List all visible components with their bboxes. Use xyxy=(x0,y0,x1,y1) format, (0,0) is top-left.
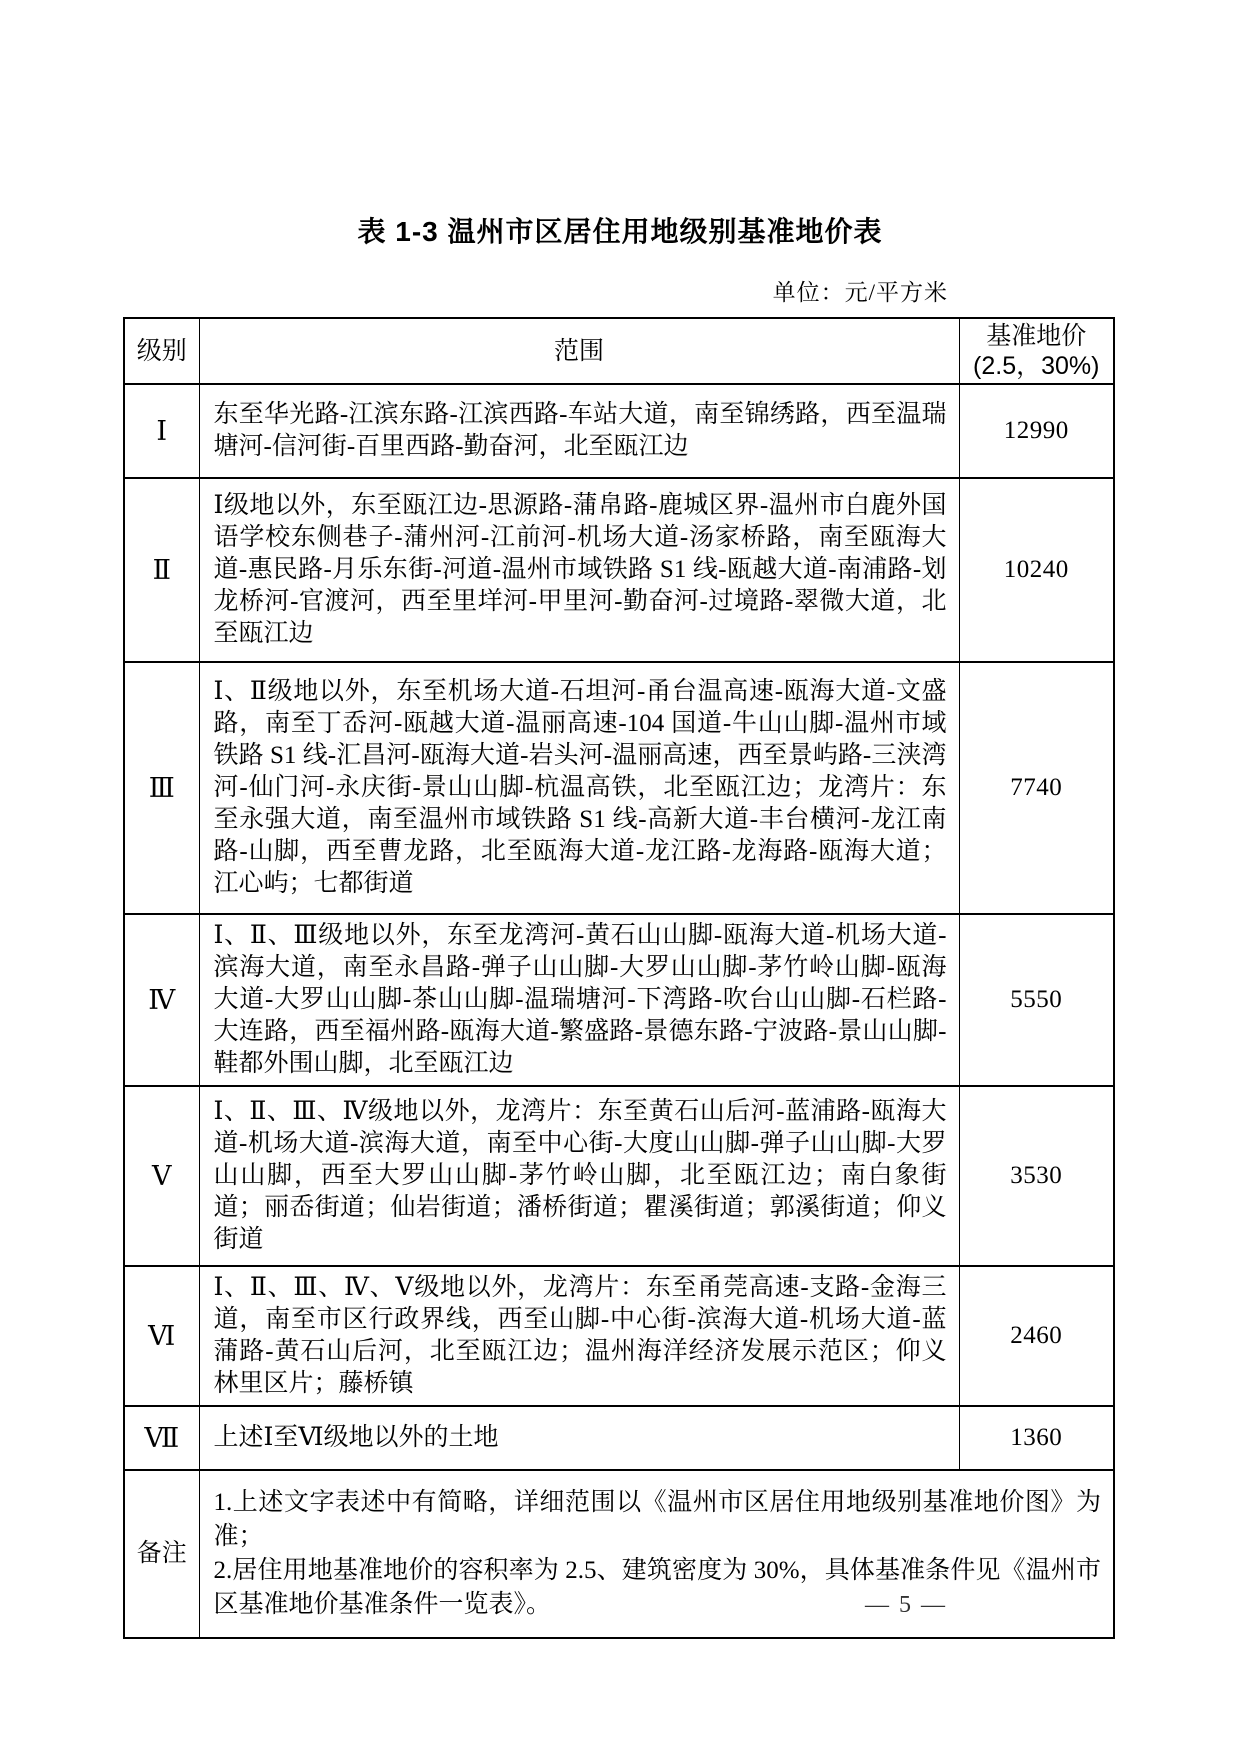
document-page: 表 1-3 温州市区居住用地级别基准地价表 单位：元/平方米 级别 范围 基准地… xyxy=(0,0,1240,1753)
table-row: Ⅶ 上述Ⅰ至Ⅵ级地以外的土地 1360 xyxy=(124,1406,1114,1470)
remarks-text: 1.上述文字表述中有简略，详细范围以《温州市区居住用地级别基准地价图》为准； 2… xyxy=(199,1470,1114,1638)
table-row: Ⅵ Ⅰ、Ⅱ、Ⅲ、Ⅳ、Ⅴ级地以外，龙湾片：东至甬莞高速-支路-金海三道，南至市区行… xyxy=(124,1266,1114,1406)
range-cell: Ⅰ、Ⅱ、Ⅲ、Ⅳ、Ⅴ级地以外，龙湾片：东至甬莞高速-支路-金海三道，南至市区行政界… xyxy=(199,1266,959,1406)
grade-cell: Ⅴ xyxy=(124,1086,199,1266)
grade-cell: Ⅲ xyxy=(124,662,199,914)
range-cell: 上述Ⅰ至Ⅵ级地以外的土地 xyxy=(199,1406,959,1470)
price-cell: 12990 xyxy=(959,384,1114,478)
price-cell: 3530 xyxy=(959,1086,1114,1266)
range-cell: Ⅰ级地以外，东至瓯江边-思源路-蒲帛路-鹿城区界-温州市白鹿外国语学校东侧巷子-… xyxy=(199,478,959,662)
remarks-row: 备注 1.上述文字表述中有简略，详细范围以《温州市区居住用地级别基准地价图》为准… xyxy=(124,1470,1114,1638)
table-header-row: 级别 范围 基准地价 (2.5，30%) xyxy=(124,318,1114,384)
range-cell: 东至华光路-江滨东路-江滨西路-车站大道，南至锦绣路，西至温瑞塘河-信河街-百里… xyxy=(199,384,959,478)
price-cell: 5550 xyxy=(959,914,1114,1086)
price-cell: 10240 xyxy=(959,478,1114,662)
table-row: Ⅱ Ⅰ级地以外，东至瓯江边-思源路-蒲帛路-鹿城区界-温州市白鹿外国语学校东侧巷… xyxy=(124,478,1114,662)
remarks-label: 备注 xyxy=(124,1470,199,1638)
price-cell: 2460 xyxy=(959,1266,1114,1406)
header-range: 范围 xyxy=(199,318,959,384)
table-row: Ⅴ Ⅰ、Ⅱ、Ⅲ、Ⅳ级地以外，龙湾片：东至黄石山后河-蓝浦路-瓯海大道-机场大道-… xyxy=(124,1086,1114,1266)
range-cell: Ⅰ、Ⅱ级地以外，东至机场大道-石坦河-甬台温高速-瓯海大道-文盛路，南至丁岙河-… xyxy=(199,662,959,914)
grade-cell: Ⅶ xyxy=(124,1406,199,1470)
unit-label: 单位：元/平方米 xyxy=(773,274,948,307)
price-cell: 1360 xyxy=(959,1406,1114,1470)
header-grade: 级别 xyxy=(124,318,199,384)
page-number: — 5 — xyxy=(865,1592,947,1619)
grade-cell: Ⅱ xyxy=(124,478,199,662)
header-price: 基准地价 (2.5，30%) xyxy=(959,318,1114,384)
range-cell: Ⅰ、Ⅱ、Ⅲ级地以外，东至龙湾河-黄石山山脚-瓯海大道-机场大道-滨海大道，南至永… xyxy=(199,914,959,1086)
table-row: Ⅲ Ⅰ、Ⅱ级地以外，东至机场大道-石坦河-甬台温高速-瓯海大道-文盛路，南至丁岙… xyxy=(124,662,1114,914)
page-title: 表 1-3 温州市区居住用地级别基准地价表 xyxy=(0,210,1240,250)
range-cell: Ⅰ、Ⅱ、Ⅲ、Ⅳ级地以外，龙湾片：东至黄石山后河-蓝浦路-瓯海大道-机场大道-滨海… xyxy=(199,1086,959,1266)
grade-cell: Ⅰ xyxy=(124,384,199,478)
price-cell: 7740 xyxy=(959,662,1114,914)
grade-cell: Ⅳ xyxy=(124,914,199,1086)
grade-cell: Ⅵ xyxy=(124,1266,199,1406)
land-price-table: 级别 范围 基准地价 (2.5，30%) Ⅰ 东至华光路-江滨东路-江滨西路-车… xyxy=(123,317,1115,1639)
table-row: Ⅳ Ⅰ、Ⅱ、Ⅲ级地以外，东至龙湾河-黄石山山脚-瓯海大道-机场大道-滨海大道，南… xyxy=(124,914,1114,1086)
table-row: Ⅰ 东至华光路-江滨东路-江滨西路-车站大道，南至锦绣路，西至温瑞塘河-信河街-… xyxy=(124,384,1114,478)
